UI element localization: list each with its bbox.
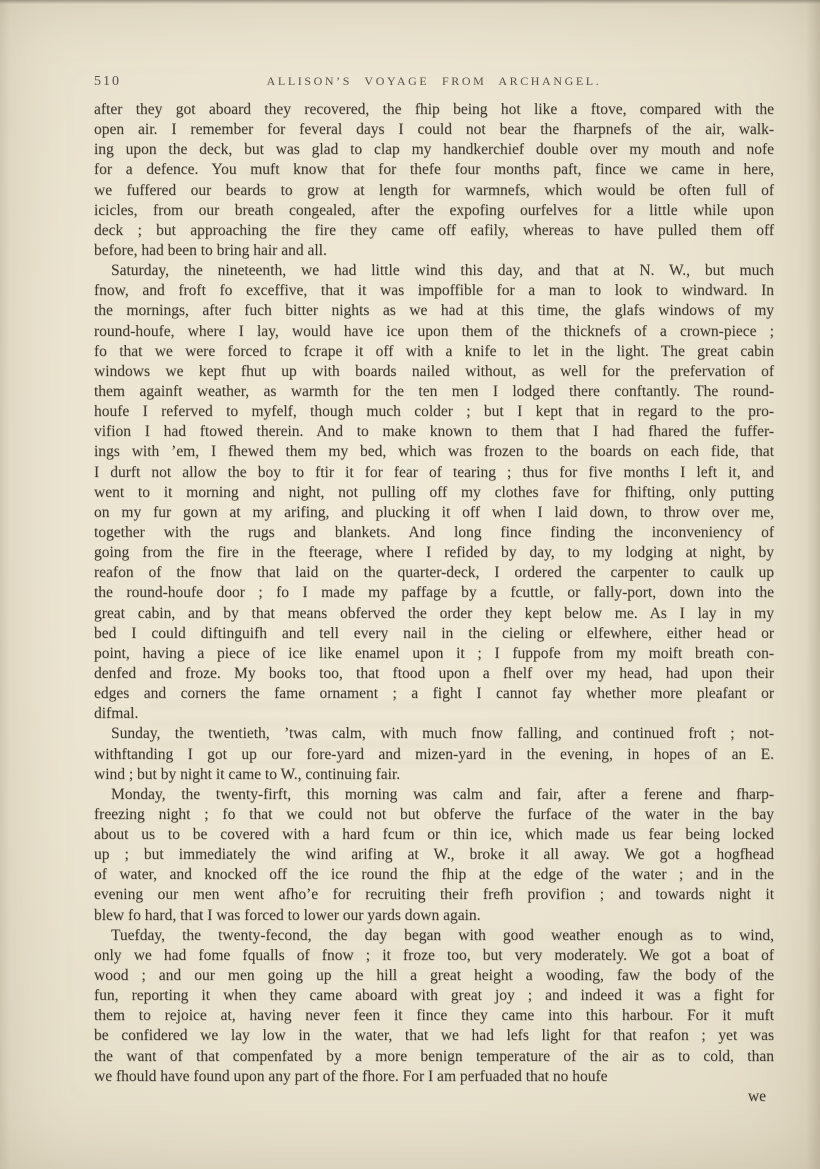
- text-line: vifion I had ftowed therein. And to make…: [94, 422, 774, 442]
- text-line: went to it morning and night, not pullin…: [94, 483, 774, 503]
- text-line: fo that we were forced to fcrape it off …: [94, 342, 774, 362]
- text-line: them to rejoice at, having never feen it…: [94, 1006, 774, 1026]
- text-line: the round-houfe door ; fo I made my paff…: [94, 583, 774, 603]
- page-text: after they got aboard they recovered, th…: [94, 100, 774, 1107]
- running-title: ALLISON’S VOYAGE FROM ARCHANGEL.: [164, 74, 704, 89]
- text-line: together with the rugs and blankets. And…: [94, 523, 774, 543]
- text-line: houfe I referved to myfelf, though much …: [94, 402, 774, 422]
- scan-edge-left: [0, 0, 10, 1169]
- text-line: deck ; but approaching the fire they cam…: [94, 221, 774, 241]
- scan-edge-right: [806, 0, 820, 1169]
- text-line: only we had fome fqualls of fnow ; it fr…: [94, 946, 774, 966]
- text-line: Monday, the twenty-firft, this morning w…: [94, 785, 774, 805]
- text-line: Sunday, the twentieth, ’twas calm, with …: [94, 724, 774, 744]
- text-line: freezing night ; fo that we could not bu…: [94, 805, 774, 825]
- text-line: I durft not allow the boy to ftir it for…: [94, 463, 774, 483]
- text-line: wind ; but by night it came to W., conti…: [94, 765, 774, 785]
- scan-edge-top: [0, 0, 820, 4]
- text-line: fnow, and froft fo exceffive, that it wa…: [94, 281, 774, 301]
- text-line: the mornings, after fuch bitter nights a…: [94, 301, 774, 321]
- text-line: we fhould have found upon any part of th…: [94, 1067, 774, 1087]
- paragraph: Tuefday, the twenty-fecond, the day bega…: [94, 926, 774, 1087]
- text-line: fun, reporting it when they came aboard …: [94, 986, 774, 1006]
- text-line: up ; but immediately the wind arifing at…: [94, 845, 774, 865]
- paragraph: Saturday, the nineteenth, we had little …: [94, 261, 774, 724]
- text-line: Tuefday, the twenty-fecond, the day bega…: [94, 926, 774, 946]
- text-line: about us to be covered with a hard fcum …: [94, 825, 774, 845]
- text-line: going from the fire in the fteerage, whe…: [94, 543, 774, 563]
- text-line: point, having a piece of ice like enamel…: [94, 644, 774, 664]
- text-line: ing upon the deck, but was glad to clap …: [94, 140, 774, 160]
- text-line: on my fur gown at my arifing, and plucki…: [94, 503, 774, 523]
- text-line: evening our men went afho’e for recruiti…: [94, 885, 774, 905]
- page-number: 510: [94, 74, 164, 90]
- text-line: wood ; and our men going up the hill a g…: [94, 966, 774, 986]
- text-line: bed I could diftinguifh and tell every n…: [94, 624, 774, 644]
- text-line: icicles, from our breath congealed, afte…: [94, 201, 774, 221]
- text-line: windows we kept fhut up with boards nail…: [94, 362, 774, 382]
- text-line: after they got aboard they recovered, th…: [94, 100, 774, 120]
- page-header: 510 ALLISON’S VOYAGE FROM ARCHANGEL.: [94, 74, 774, 90]
- text-line: blew fo hard, that I was forced to lower…: [94, 906, 774, 926]
- book-page: 510 ALLISON’S VOYAGE FROM ARCHANGEL. aft…: [0, 0, 820, 1169]
- text-line: denfed and froze. My books too, that fto…: [94, 664, 774, 684]
- text-line: the want of that compenfated by a more b…: [94, 1047, 774, 1067]
- text-line: ings with ’em, I fhewed them my bed, whi…: [94, 442, 774, 462]
- text-line: Saturday, the nineteenth, we had little …: [94, 261, 774, 281]
- text-line: round-houfe, where I lay, would have ice…: [94, 322, 774, 342]
- text-line: them againft weather, as warmth for the …: [94, 382, 774, 402]
- text-line: be confidered we lay low in the water, t…: [94, 1026, 774, 1046]
- text-line: we fuffered our beards to grow at length…: [94, 181, 774, 201]
- paragraph: after they got aboard they recovered, th…: [94, 100, 774, 261]
- text-line: reafon of the fnow that laid on the quar…: [94, 563, 774, 583]
- text-line: difmal.: [94, 704, 774, 724]
- paragraph: Sunday, the twentieth, ’twas calm, with …: [94, 724, 774, 784]
- text-line: open air. I remember for feveral days I …: [94, 120, 774, 140]
- text-line: of water, and knocked off the ice round …: [94, 865, 774, 885]
- catchword: we: [94, 1087, 774, 1107]
- text-line: before, had been to bring hair and all.: [94, 241, 774, 261]
- text-line: edges and corners the fame ornament ; a …: [94, 684, 774, 704]
- text-line: for a defence. You muft know that for th…: [94, 160, 774, 180]
- text-line: withftanding I got up our fore-yard and …: [94, 745, 774, 765]
- paragraph: Monday, the twenty-firft, this morning w…: [94, 785, 774, 926]
- text-line: great cabin, and by that means obferved …: [94, 604, 774, 624]
